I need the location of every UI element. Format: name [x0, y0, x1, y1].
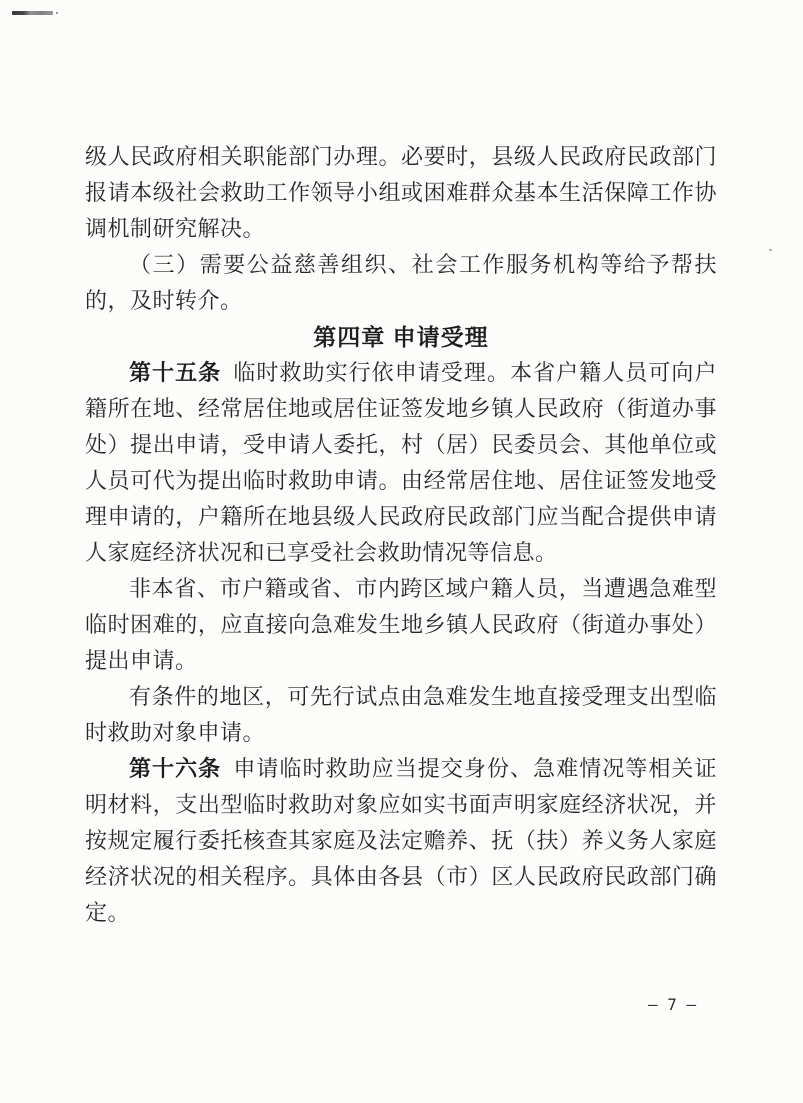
document-page: 级人民政府相关职能部门办理。必要时，县级人民政府民政部门报请本级社会救助工作领导…	[0, 0, 803, 1103]
paragraph-pilot-areas: 有条件的地区，可先行试点由急难发生地直接受理支出型临时救助对象申请。	[85, 679, 717, 751]
paragraph-article-15: 第十五条临时救助实行依申请受理。本省户籍人员可向户籍所在地、经常居住地或居住证签…	[85, 355, 717, 571]
article-16-number: 第十六条	[129, 756, 221, 781]
article-15-text: 临时救助实行依申请受理。本省户籍人员可向户籍所在地、经常居住地或居住证签发地乡镇…	[85, 360, 717, 565]
paragraph-nonlocal-applicants: 非本省、市户籍或省、市内跨区域户籍人员，当遭遇急难型临时困难的，应直接向急难发生…	[85, 571, 717, 679]
chapter-heading: 第四章 申请受理	[85, 319, 717, 355]
article-16-text: 申请临时救助应当提交身份、急难情况等相关证明材料，支出型临时救助对象应如实书面声…	[85, 756, 717, 925]
paragraph-article-16: 第十六条申请临时救助应当提交身份、急难情况等相关证明材料，支出型临时救助对象应如…	[85, 751, 717, 931]
scan-speck	[56, 12, 58, 14]
document-body: 级人民政府相关职能部门办理。必要时，县级人民政府民政部门报请本级社会救助工作领导…	[85, 139, 717, 931]
paragraph-item-3: （三）需要公益慈善组织、社会工作服务机构等给予帮扶的，及时转介。	[85, 247, 717, 319]
paragraph-continuation: 级人民政府相关职能部门办理。必要时，县级人民政府民政部门报请本级社会救助工作领导…	[85, 139, 717, 247]
page-number: — 7 —	[648, 995, 696, 1014]
scan-speck	[769, 249, 772, 251]
scan-artifact-bar	[12, 11, 53, 15]
article-15-number: 第十五条	[129, 360, 221, 385]
